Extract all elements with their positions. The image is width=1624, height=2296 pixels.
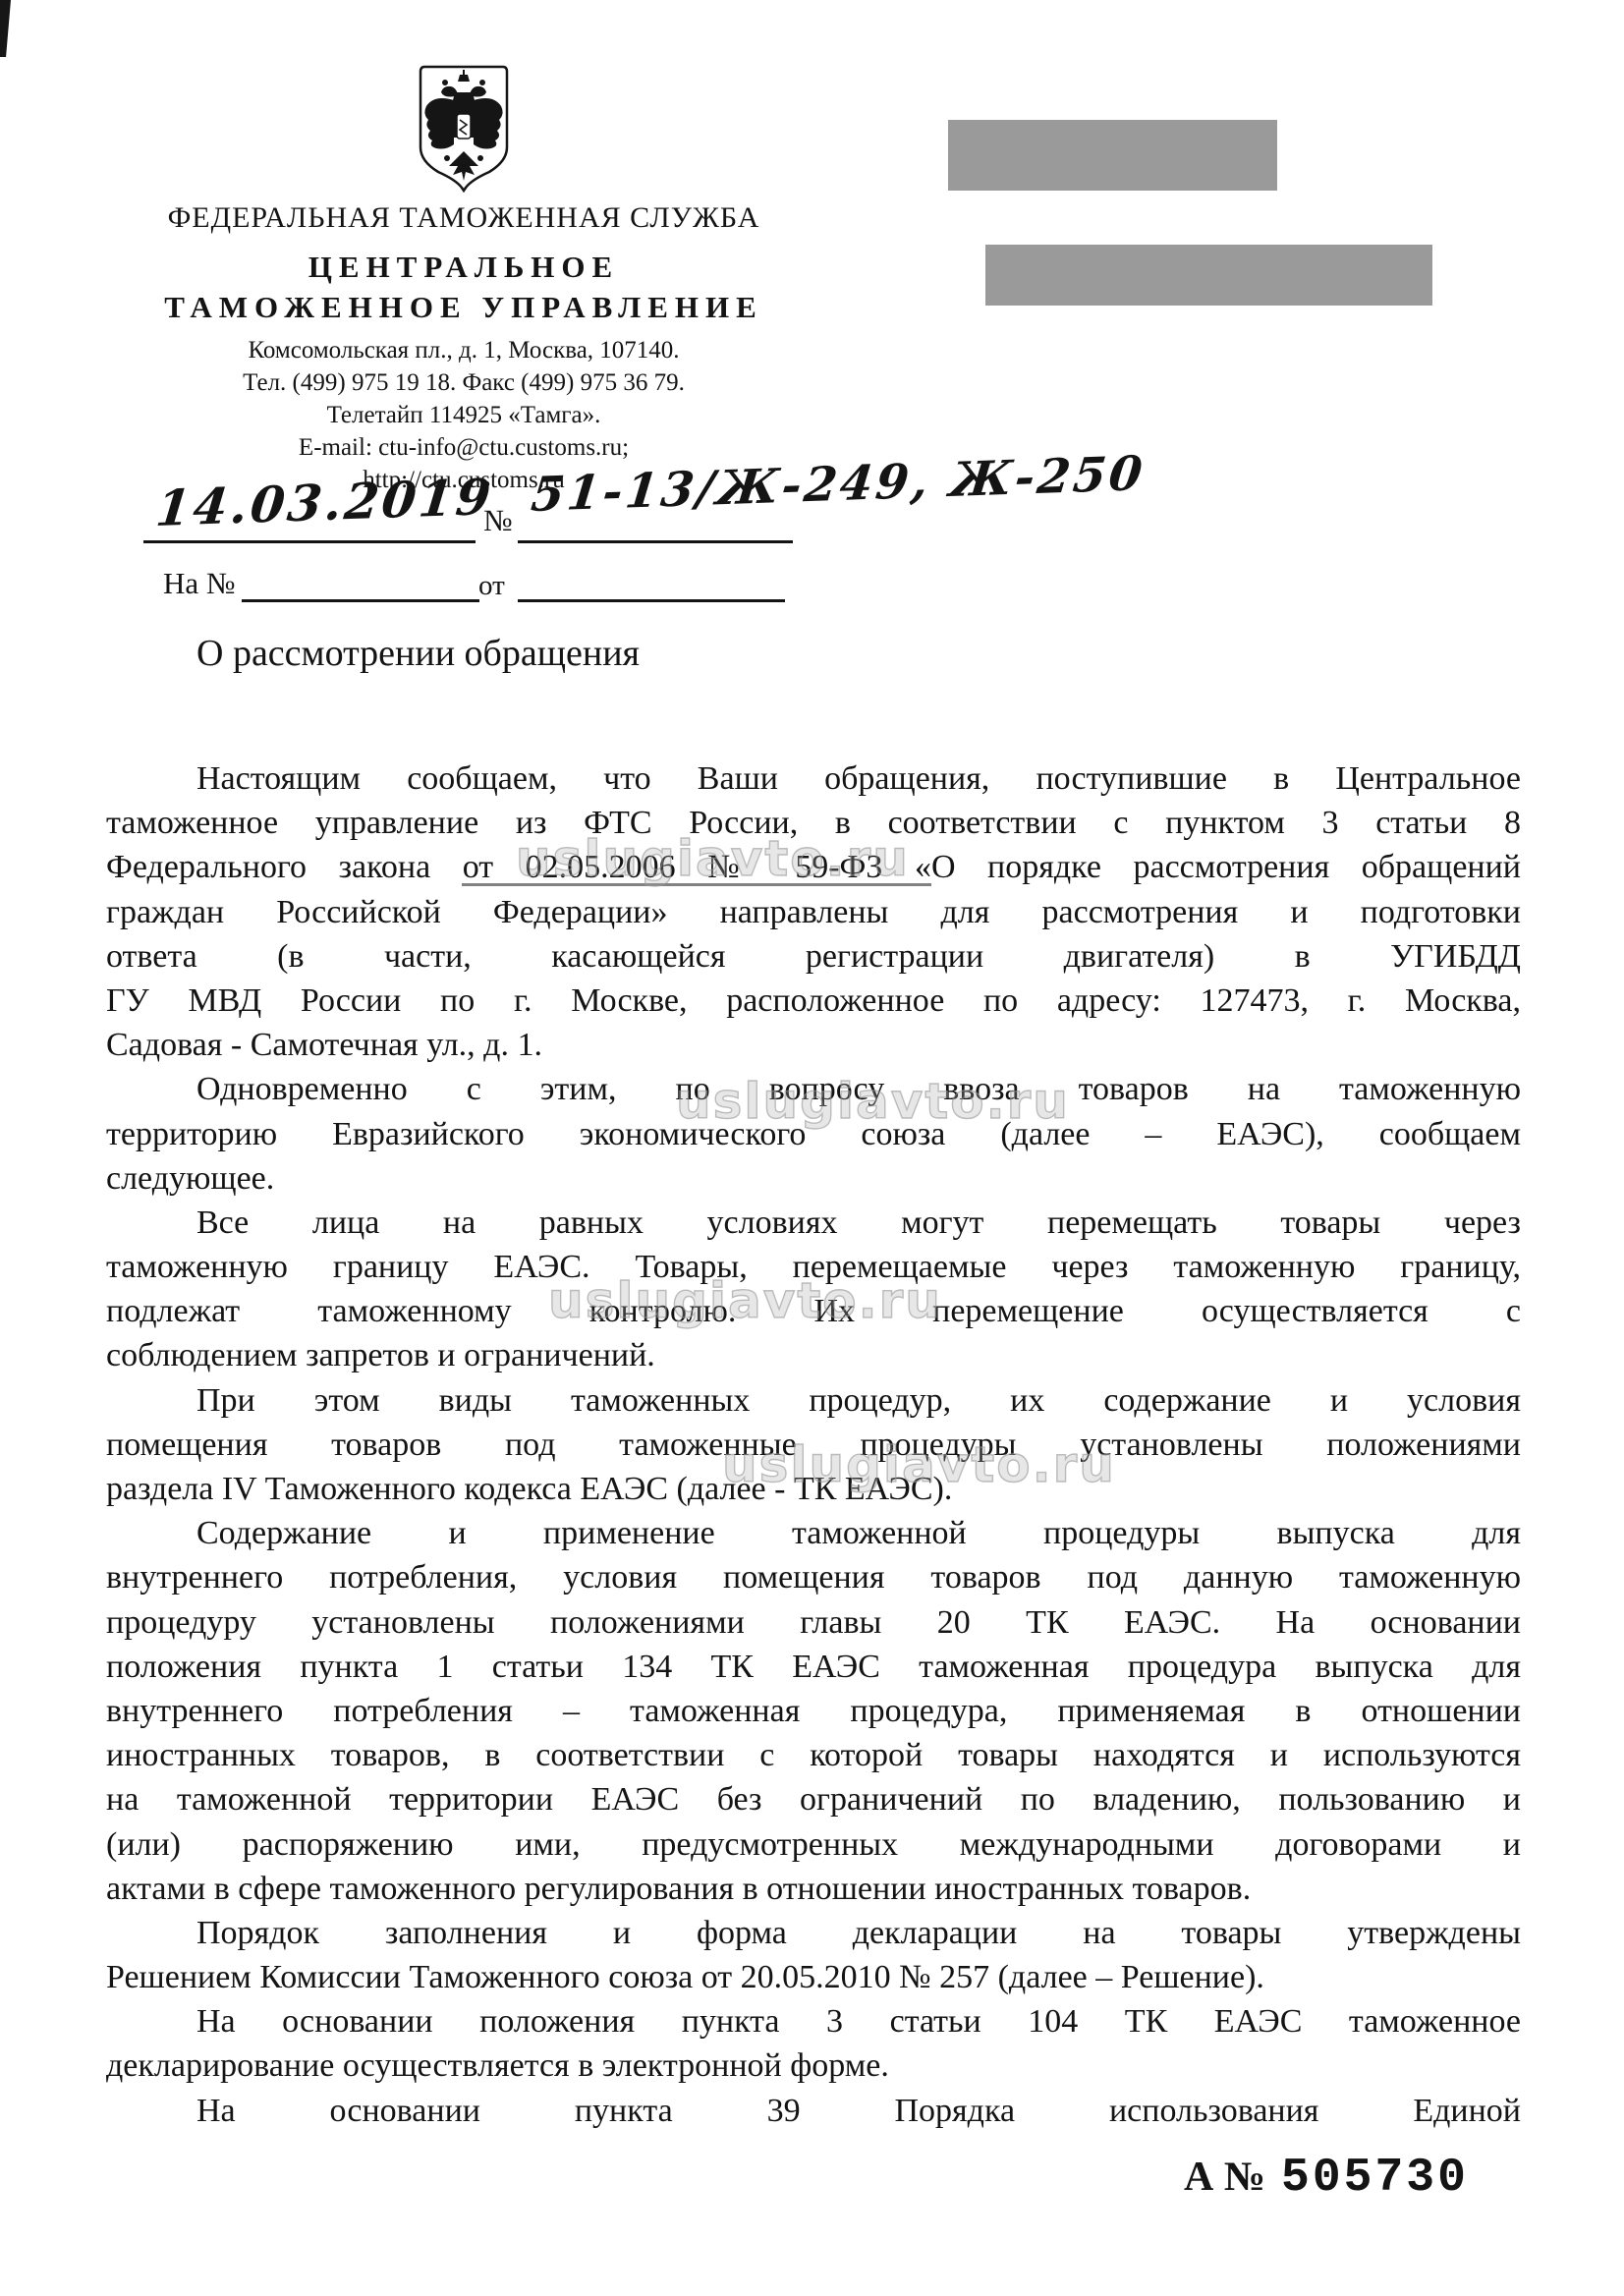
email-line: E-mail: ctu-info@ctu.customs.ru; <box>96 431 831 464</box>
number-underline <box>518 540 793 543</box>
paragraph: Одновременно с этим, по вопросу ввоза то… <box>106 1067 1521 1201</box>
body-line: Садовая - Самотечная ул., д. 1. <box>106 1023 1521 1067</box>
body-line: Настоящим сообщаем, что Ваши обращения, … <box>106 756 1521 801</box>
scanned-letter-page: ФЕДЕРАЛЬНАЯ ТАМОЖЕННАЯ СЛУЖБА ЦЕНТРАЛЬНО… <box>0 0 1624 2296</box>
paragraph: Порядок заполнения и форма декларации на… <box>106 1911 1521 1999</box>
incoming-number-label: На № <box>163 566 235 601</box>
service-name: ФЕДЕРАЛЬНАЯ ТАМОЖЕННАЯ СЛУЖБА <box>96 200 831 236</box>
body-line: следующее. <box>106 1156 1521 1201</box>
body-line: на таможенной территории ЕАЭС без ограни… <box>106 1777 1521 1821</box>
body-line: декларирование осуществляется в электрон… <box>106 2044 1521 2088</box>
body-line: иностранных товаров, в соответствии с ко… <box>106 1733 1521 1777</box>
body-line: подлежат таможенному контролю. Их переме… <box>106 1289 1521 1333</box>
body-line: Порядок заполнения и форма декларации на… <box>106 1911 1521 1955</box>
body-line: (или) распоряжению ими, предусмотренных … <box>106 1822 1521 1867</box>
body-line: актами в сфере таможенного регулирования… <box>106 1867 1521 1911</box>
body-line: таможенную границу ЕАЭС. Товары, перемещ… <box>106 1245 1521 1289</box>
subject-line: О рассмотрении обращения <box>196 632 640 675</box>
body-text: Настоящим сообщаем, что Ваши обращения, … <box>106 756 1521 2133</box>
russia-coat-of-arms-icon <box>415 63 513 196</box>
body-line: На основании положения пункта 3 статьи 1… <box>106 1999 1521 2044</box>
stamp-number: 505730 <box>1281 2152 1469 2205</box>
body-line: Федерального закона от 02.05.2006 № 59-Ф… <box>106 845 1521 889</box>
paragraph: Все лица на равных условиях могут переме… <box>106 1201 1521 1378</box>
org-name-line2: ТАМОЖЕННОЕ УПРАВЛЕНИЕ <box>96 287 831 327</box>
incoming-date-label: от <box>478 570 505 602</box>
body-line: Все лица на равных условиях могут переме… <box>106 1201 1521 1245</box>
letterhead: ФЕДЕРАЛЬНАЯ ТАМОЖЕННАЯ СЛУЖБА ЦЕНТРАЛЬНО… <box>96 39 831 496</box>
org-name-line1: ЦЕНТРАЛЬНОЕ <box>96 247 831 287</box>
body-line: территорию Евразийского экономического с… <box>106 1112 1521 1156</box>
paragraph: При этом виды таможенных процедур, их со… <box>106 1378 1521 1512</box>
handwritten-date: 14.03.2019 <box>153 468 496 537</box>
form-stamp: А № 505730 <box>1184 2152 1469 2205</box>
paragraph: Содержание и применение таможенной проце… <box>106 1511 1521 1911</box>
body-line: Решением Комиссии Таможенного союза от 2… <box>106 1955 1521 1999</box>
teletype-line: Телетайп 114925 «Тамга». <box>96 399 831 431</box>
body-line: Содержание и применение таможенной проце… <box>106 1511 1521 1555</box>
body-line: раздела IV Таможенного кодекса ЕАЭС (дал… <box>106 1467 1521 1511</box>
body-line: граждан Российской Федерации» направлены… <box>106 890 1521 934</box>
scan-corner-artifact <box>0 0 11 57</box>
body-line: соблюдением запретов и ограничений. <box>106 1333 1521 1377</box>
body-line: положения пункта 1 статьи 134 ТК ЕАЭС та… <box>106 1645 1521 1689</box>
stamp-series: А № <box>1184 2154 1265 2201</box>
org-name: ЦЕНТРАЛЬНОЕ ТАМОЖЕННОЕ УПРАВЛЕНИЕ <box>96 247 831 327</box>
address-line: Комсомольская пл., д. 1, Москва, 107140. <box>96 334 831 366</box>
incoming-date-underline <box>518 599 785 602</box>
number-sign-label: № <box>483 503 513 538</box>
redaction-box-1 <box>948 120 1277 191</box>
body-line: таможенное управление из ФТС России, в с… <box>106 801 1521 845</box>
paragraph: На основании положения пункта 3 статьи 1… <box>106 1999 1521 2088</box>
body-line: внутреннего потребления, условия помещен… <box>106 1555 1521 1599</box>
body-line: ГУ МВД России по г. Москве, расположенно… <box>106 979 1521 1023</box>
redaction-box-2 <box>985 245 1432 306</box>
body-line: процедуру установлены положениями главы … <box>106 1600 1521 1645</box>
paragraph: На основании пункта 39 Порядка использов… <box>106 2089 1521 2133</box>
date-underline <box>143 540 476 543</box>
body-line: На основании пункта 39 Порядка использов… <box>106 2089 1521 2133</box>
body-line: помещения товаров под таможенные процеду… <box>106 1423 1521 1467</box>
body-line: внутреннего потребления – таможенная про… <box>106 1689 1521 1733</box>
incoming-number-underline <box>242 599 479 602</box>
body-line: ответа (в части, касающейся регистрации … <box>106 934 1521 979</box>
paragraph: Настоящим сообщаем, что Ваши обращения, … <box>106 756 1521 1067</box>
phone-fax-line: Тел. (499) 975 19 18. Факс (499) 975 36 … <box>96 366 831 399</box>
body-line: Одновременно с этим, по вопросу ввоза то… <box>106 1067 1521 1111</box>
body-line: При этом виды таможенных процедур, их со… <box>106 1378 1521 1423</box>
